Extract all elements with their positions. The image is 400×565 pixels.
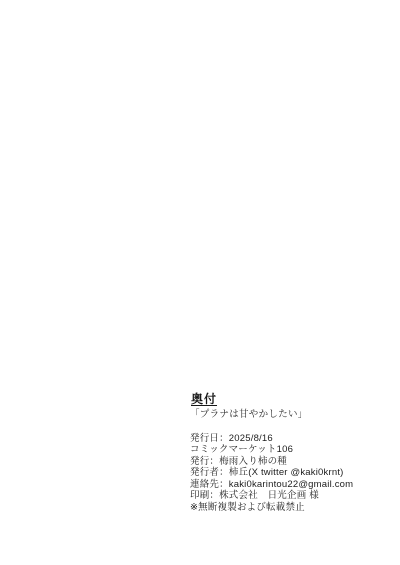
publisher-circle-line: 発行：梅雨入り柿の種 — [190, 456, 380, 468]
author-line: 発行者：柿丘(X twitter @kaki0krnt) — [190, 467, 380, 479]
copyright-notice-line: ※無断複製および転載禁止 — [190, 502, 380, 514]
colophon-heading: 奥付 — [190, 390, 380, 407]
scanned-page: 奥付 「プラナは甘やかしたい」 発行日：2025/8/16 コミックマーケット1… — [0, 0, 400, 565]
colophon-block: 奥付 「プラナは甘やかしたい」 発行日：2025/8/16 コミックマーケット1… — [190, 390, 380, 514]
book-title: 「プラナは甘やかしたい」 — [190, 409, 380, 421]
printer-line: 印刷：株式会社 日光企画 様 — [190, 490, 380, 502]
colophon-info: 発行日：2025/8/16 コミックマーケット106 発行：梅雨入り柿の種 発行… — [190, 433, 380, 514]
publish-date-line: 発行日：2025/8/16 — [190, 433, 380, 445]
event-line: コミックマーケット106 — [190, 444, 380, 456]
contact-email-line: 連絡先：kaki0karintou22@gmail.com — [190, 479, 380, 491]
